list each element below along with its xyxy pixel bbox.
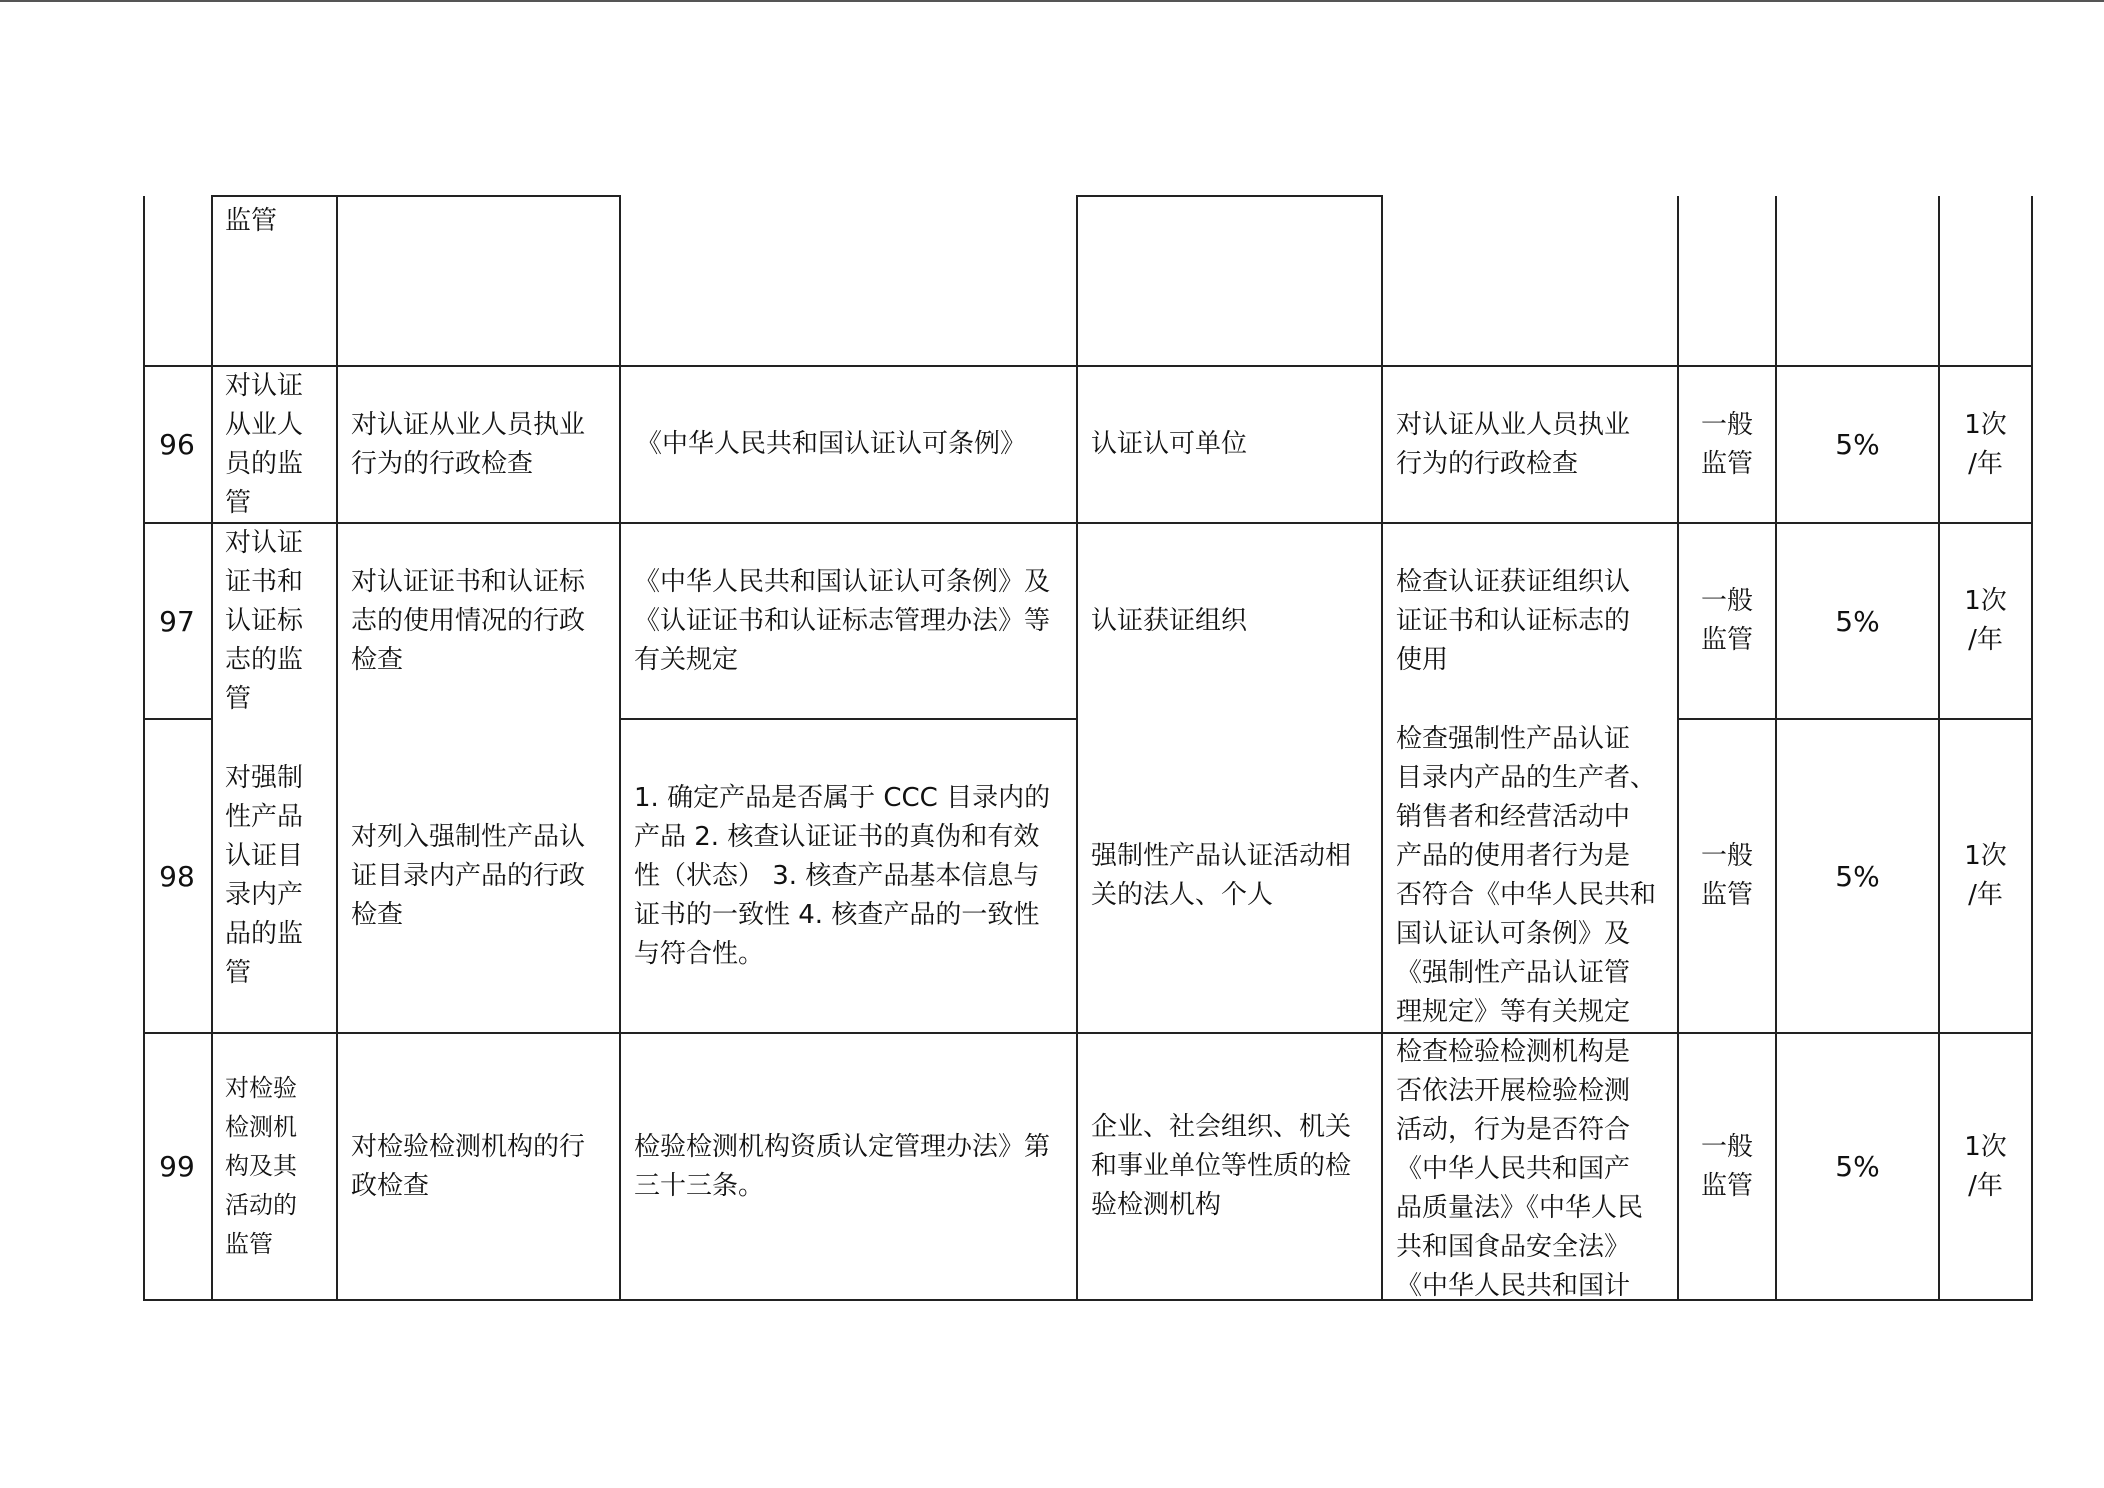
table-border: [1938, 196, 1940, 1301]
legal-basis: 《中华人民共和国认证认可条例》及 《认证证书和认证标志管理办法》等 有关规定: [634, 563, 1050, 680]
table-border: [143, 1299, 2033, 1301]
table-border: [143, 522, 2033, 524]
table-border: [1677, 718, 2033, 720]
continued-item-text: 监管: [225, 202, 277, 241]
table-border: [619, 718, 1078, 720]
inspection-frequency: 1次 /年: [1964, 837, 2007, 915]
inspection-content: 检查认证获证组织认 证证书和认证标志的 使用: [1396, 563, 1630, 680]
row-98-ratio: 5%: [1776, 719, 1939, 1033]
table-border: [336, 196, 338, 1301]
row-97-basis: 《中华人民共和国认证认可条例》及 《认证证书和认证标志管理办法》等 有关规定: [620, 523, 1077, 719]
row-number: 96: [159, 425, 195, 464]
row-96-object: 认证认可单位: [1077, 366, 1382, 523]
row-96-content: 对认证从业人员执业 行为的行政检查: [1382, 366, 1678, 523]
table-border: [1677, 196, 1679, 1301]
table-border: [1076, 195, 1383, 197]
inspection-object: 认证认可单位: [1091, 425, 1247, 464]
row-97-frequency: 1次 /年: [1939, 523, 2032, 719]
row-99-ratio: 5%: [1776, 1033, 1939, 1300]
table-border: [1076, 196, 1078, 1301]
row-number: 99: [159, 1147, 195, 1186]
row-99-basis: 检验检测机构资质认定管理办法》第 三十三条。: [620, 1033, 1077, 1300]
inspection-frequency: 1次 /年: [1964, 406, 2007, 484]
legal-basis: 1. 确定产品是否属于 CCC 目录内的 产品 2. 核查认证证书的真伪和有效 …: [634, 779, 1050, 974]
row-96-item: 对认证 从业人 员的监 管: [211, 366, 337, 523]
row-98-item: 对强制 性产品 认证目 录内产 品的监 管: [211, 719, 337, 1033]
row-99-no: 99: [143, 1033, 211, 1300]
table-border: [1381, 196, 1383, 1301]
row-98-content: 检查强制性产品认证 目录内产品的生产者、 销售者和经营活动中 产品的使用者行为是…: [1382, 719, 1678, 1033]
row-97-matter: 对认证证书和认证标 志的使用情况的行政 检查: [337, 523, 620, 719]
row-number: 97: [159, 602, 195, 641]
table-border: [143, 196, 145, 1301]
row-99-matter: 对检验检测机构的行 政检查: [337, 1033, 620, 1300]
row-98-frequency: 1次 /年: [1939, 719, 2032, 1033]
supervision-level: 一般 监管: [1701, 582, 1753, 660]
supervision-item: 对强制 性产品 认证目 录内产 品的监 管: [225, 759, 303, 993]
row-98-matter: 对列入强制性产品认 证目录内产品的行政 检查: [337, 719, 620, 1033]
inspection-object: 强制性产品认证活动相 关的法人、个人: [1091, 837, 1351, 915]
supervision-item: 对检验 检测机 构及其 活动的 监管: [225, 1069, 297, 1264]
row-97-ratio: 5%: [1776, 523, 1939, 719]
inspection-matter: 对列入强制性产品认 证目录内产品的行政 检查: [351, 818, 585, 935]
inspection-frequency: 1次 /年: [1964, 1128, 2007, 1206]
sampling-ratio: 5%: [1835, 425, 1879, 464]
row-99-item: 对检验 检测机 构及其 活动的 监管: [211, 1033, 337, 1300]
inspection-object: 认证获证组织: [1091, 602, 1247, 641]
row-number: 98: [159, 857, 195, 896]
table-border: [1775, 196, 1777, 1301]
inspection-matter: 对认证证书和认证标 志的使用情况的行政 检查: [351, 563, 585, 680]
table-border: [2031, 196, 2033, 1301]
inspection-content: 对认证从业人员执业 行为的行政检查: [1396, 406, 1630, 484]
table-border: [143, 1032, 2033, 1034]
supervision-level: 一般 监管: [1701, 837, 1753, 915]
supervision-level: 一般 监管: [1701, 406, 1753, 484]
row-99-level: 一般 监管: [1678, 1033, 1776, 1300]
inspection-content: 检查检验检测机构是 否依法开展检验检测 活动，行为是否符合 《中华人民共和国产 …: [1396, 1033, 1643, 1300]
row-98-no: 98: [143, 719, 211, 1033]
legal-basis: 《中华人民共和国认证认可条例》: [636, 425, 1026, 464]
row-97-item: 对认证 证书和 认证标 志的监 管: [211, 523, 337, 719]
row-98-level: 一般 监管: [1678, 719, 1776, 1033]
supervision-item: 对认证 证书和 认证标 志的监 管: [225, 524, 303, 719]
inspection-matter: 对认证从业人员执业 行为的行政检查: [351, 406, 585, 484]
page-top-rule: [0, 0, 2104, 2]
row-97-object: 认证获证组织: [1077, 523, 1382, 719]
inspection-content: 检查强制性产品认证 目录内产品的生产者、 销售者和经营活动中 产品的使用者行为是…: [1396, 720, 1656, 1032]
table-border: [619, 196, 621, 1301]
row-99-content: 检查检验检测机构是 否依法开展检验检测 活动，行为是否符合 《中华人民共和国产 …: [1382, 1033, 1678, 1300]
row-96-matter: 对认证从业人员执业 行为的行政检查: [337, 366, 620, 523]
legal-basis: 检验检测机构资质认定管理办法》第 三十三条。: [634, 1128, 1050, 1206]
supervision-level: 一般 监管: [1701, 1128, 1753, 1206]
inspection-frequency: 1次 /年: [1964, 582, 2007, 660]
row-96-basis: 《中华人民共和国认证认可条例》: [620, 366, 1077, 523]
inspection-object: 企业、社会组织、机关 和事业单位等性质的检 验检测机构: [1091, 1108, 1351, 1225]
row-96-level: 一般 监管: [1678, 366, 1776, 523]
continued-item-cell: 监管: [211, 196, 337, 366]
table-border: [211, 195, 621, 197]
table-border: [143, 365, 2033, 367]
table-border: [143, 718, 213, 720]
row-97-content: 检查认证获证组织认 证证书和认证标志的 使用: [1382, 523, 1678, 719]
row-98-object: 强制性产品认证活动相 关的法人、个人: [1077, 719, 1382, 1033]
table-border: [211, 196, 213, 1301]
row-99-object: 企业、社会组织、机关 和事业单位等性质的检 验检测机构: [1077, 1033, 1382, 1300]
inspection-matter: 对检验检测机构的行 政检查: [351, 1128, 585, 1206]
row-96-frequency: 1次 /年: [1939, 366, 2032, 523]
row-96-ratio: 5%: [1776, 366, 1939, 523]
row-97-level: 一般 监管: [1678, 523, 1776, 719]
sampling-ratio: 5%: [1835, 857, 1879, 896]
supervision-item: 对认证 从业人 员的监 管: [225, 367, 303, 523]
row-99-frequency: 1次 /年: [1939, 1033, 2032, 1300]
row-97-no: 97: [143, 523, 211, 719]
sampling-ratio: 5%: [1835, 1147, 1879, 1186]
row-96-no: 96: [143, 366, 211, 523]
row-98-basis: 1. 确定产品是否属于 CCC 目录内的 产品 2. 核查认证证书的真伪和有效 …: [620, 719, 1077, 1033]
sampling-ratio: 5%: [1835, 602, 1879, 641]
